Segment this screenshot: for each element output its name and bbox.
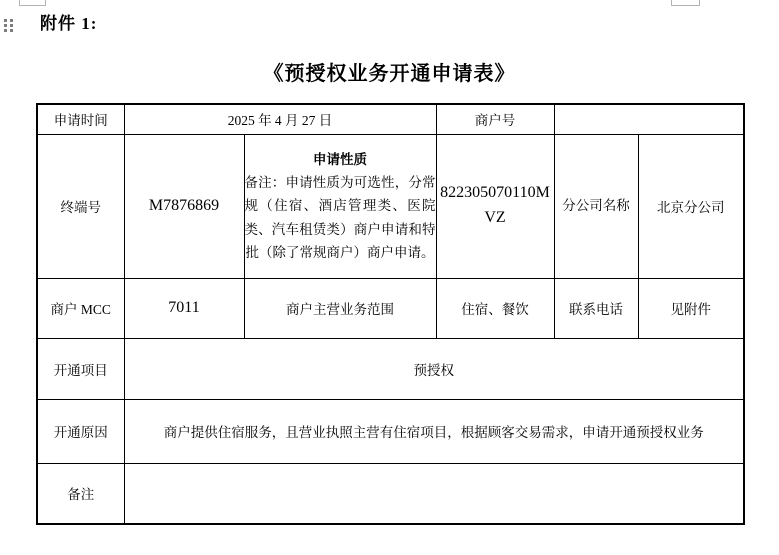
dot: [10, 24, 13, 27]
table-row-apply-time: 申请时间 2025 年 4 月 27 日 商户号: [37, 104, 744, 134]
merchant-no-value: [554, 104, 744, 134]
nature-heading: 申请性质: [245, 148, 436, 171]
application-table: 申请时间 2025 年 4 月 27 日 商户号 终端号 M7876869 申请…: [36, 103, 745, 525]
merchant-no-label: 商户号: [436, 104, 554, 134]
terminal-label: 终端号: [37, 134, 124, 278]
mcc-label: 商户 MCC: [37, 278, 124, 338]
table-row-terminal: 终端号 M7876869 申请性质 备注：申请性质为可选性，分常规（住宿、酒店管…: [37, 134, 744, 278]
table-row-project: 开通项目 预授权: [37, 338, 744, 399]
apply-time-label: 申请时间: [37, 104, 124, 134]
mcc-value: 7011: [124, 278, 244, 338]
apply-time-value: 2025 年 4 月 27 日: [124, 104, 436, 134]
merchant-code-value: 822305070110MVZ: [436, 134, 554, 278]
table-row-reason: 开通原因 商户提供住宿服务，且营业执照主营有住宿项目，根据顾客交易需求，申请开通…: [37, 399, 744, 463]
cropped-box-left: [19, 0, 46, 6]
attachment-label: 附件 1:: [40, 9, 97, 34]
nature-cell: 申请性质 备注：申请性质为可选性，分常规（住宿、酒店管理类、医院类、汽车租赁类）…: [244, 134, 436, 278]
remark-label: 备注: [37, 463, 124, 524]
project-label: 开通项目: [37, 338, 124, 399]
drag-handle-icon[interactable]: [4, 19, 13, 32]
scope-label: 商户主营业务范围: [244, 278, 436, 338]
contact-value: 见附件: [638, 278, 744, 338]
project-value: 预授权: [124, 338, 744, 399]
cropped-box-right: [671, 0, 700, 6]
contact-label: 联系电话: [554, 278, 638, 338]
dot: [4, 29, 7, 32]
table-row-remark: 备注: [37, 463, 744, 524]
remark-value: [124, 463, 744, 524]
dot: [10, 19, 13, 22]
table-row-mcc: 商户 MCC 7011 商户主营业务范围 住宿、餐饮 联系电话 见附件: [37, 278, 744, 338]
document-page: 附件 1: 《预授权业务开通申请表》 申请时间 2025 年 4 月 27 日 …: [0, 0, 779, 555]
dot: [4, 24, 7, 27]
branch-value: 北京分公司: [638, 134, 744, 278]
scope-value: 住宿、餐饮: [436, 278, 554, 338]
branch-label: 分公司名称: [554, 134, 638, 278]
dot: [4, 19, 7, 22]
page-title: 《预授权业务开通申请表》: [36, 57, 743, 86]
dot: [10, 29, 13, 32]
terminal-value: M7876869: [124, 134, 244, 278]
reason-label: 开通原因: [37, 399, 124, 463]
reason-value: 商户提供住宿服务，且营业执照主营有住宿项目，根据顾客交易需求，申请开通预授权业务: [124, 399, 744, 463]
nature-note: 备注：申请性质为可选性，分常规（住宿、酒店管理类、医院类、汽车租赁类）商户申请和…: [245, 171, 436, 265]
